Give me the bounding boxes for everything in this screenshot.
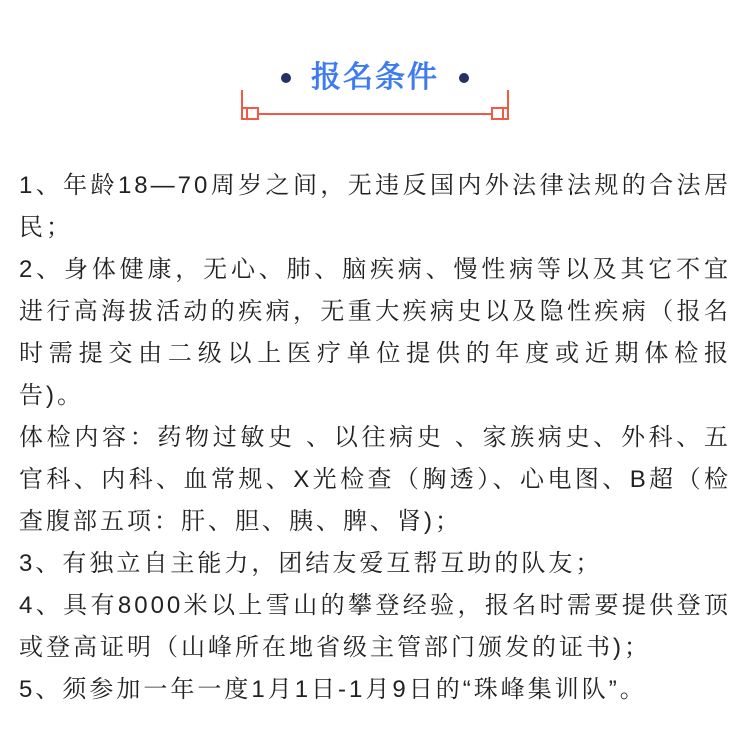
right-dot-icon	[459, 73, 469, 83]
condition-paragraph-3: 体检内容：药物过敏史 、以往病史 、家族病史、外科、五官科、内科、血常规、X光检…	[19, 417, 731, 543]
title-row: 报名条件	[281, 58, 469, 98]
page: 报名条件 1、年龄18—70周岁之间，无违反国内外法律法规的合法居民； 2、身体…	[0, 0, 750, 741]
condition-paragraph-5: 4、具有8000米以上雪山的攀登经验，报名时需要提供登顶或登高证明（山峰所在地省…	[19, 585, 731, 669]
condition-paragraph-2: 2、身体健康，无心、肺、脑疾病、慢性病等以及其它不宜进行高海拔活动的疾病，无重大…	[19, 249, 731, 417]
section-header: 报名条件	[0, 0, 750, 125]
condition-paragraph-4: 3、有独立自主能力，团结友爱互帮互助的队友；	[19, 543, 731, 585]
left-dot-icon	[281, 73, 291, 83]
condition-paragraph-6: 5、须参加一年一度1月1日-1月9日的“珠峰集训队”。	[19, 669, 731, 711]
section-title: 报名条件	[311, 58, 439, 98]
condition-paragraph-1: 1、年龄18—70周岁之间，无违反国内外法律法规的合法居民；	[19, 165, 731, 249]
conditions-list: 1、年龄18—70周岁之间，无违反国内外法律法规的合法居民； 2、身体健康，无心…	[19, 165, 731, 711]
